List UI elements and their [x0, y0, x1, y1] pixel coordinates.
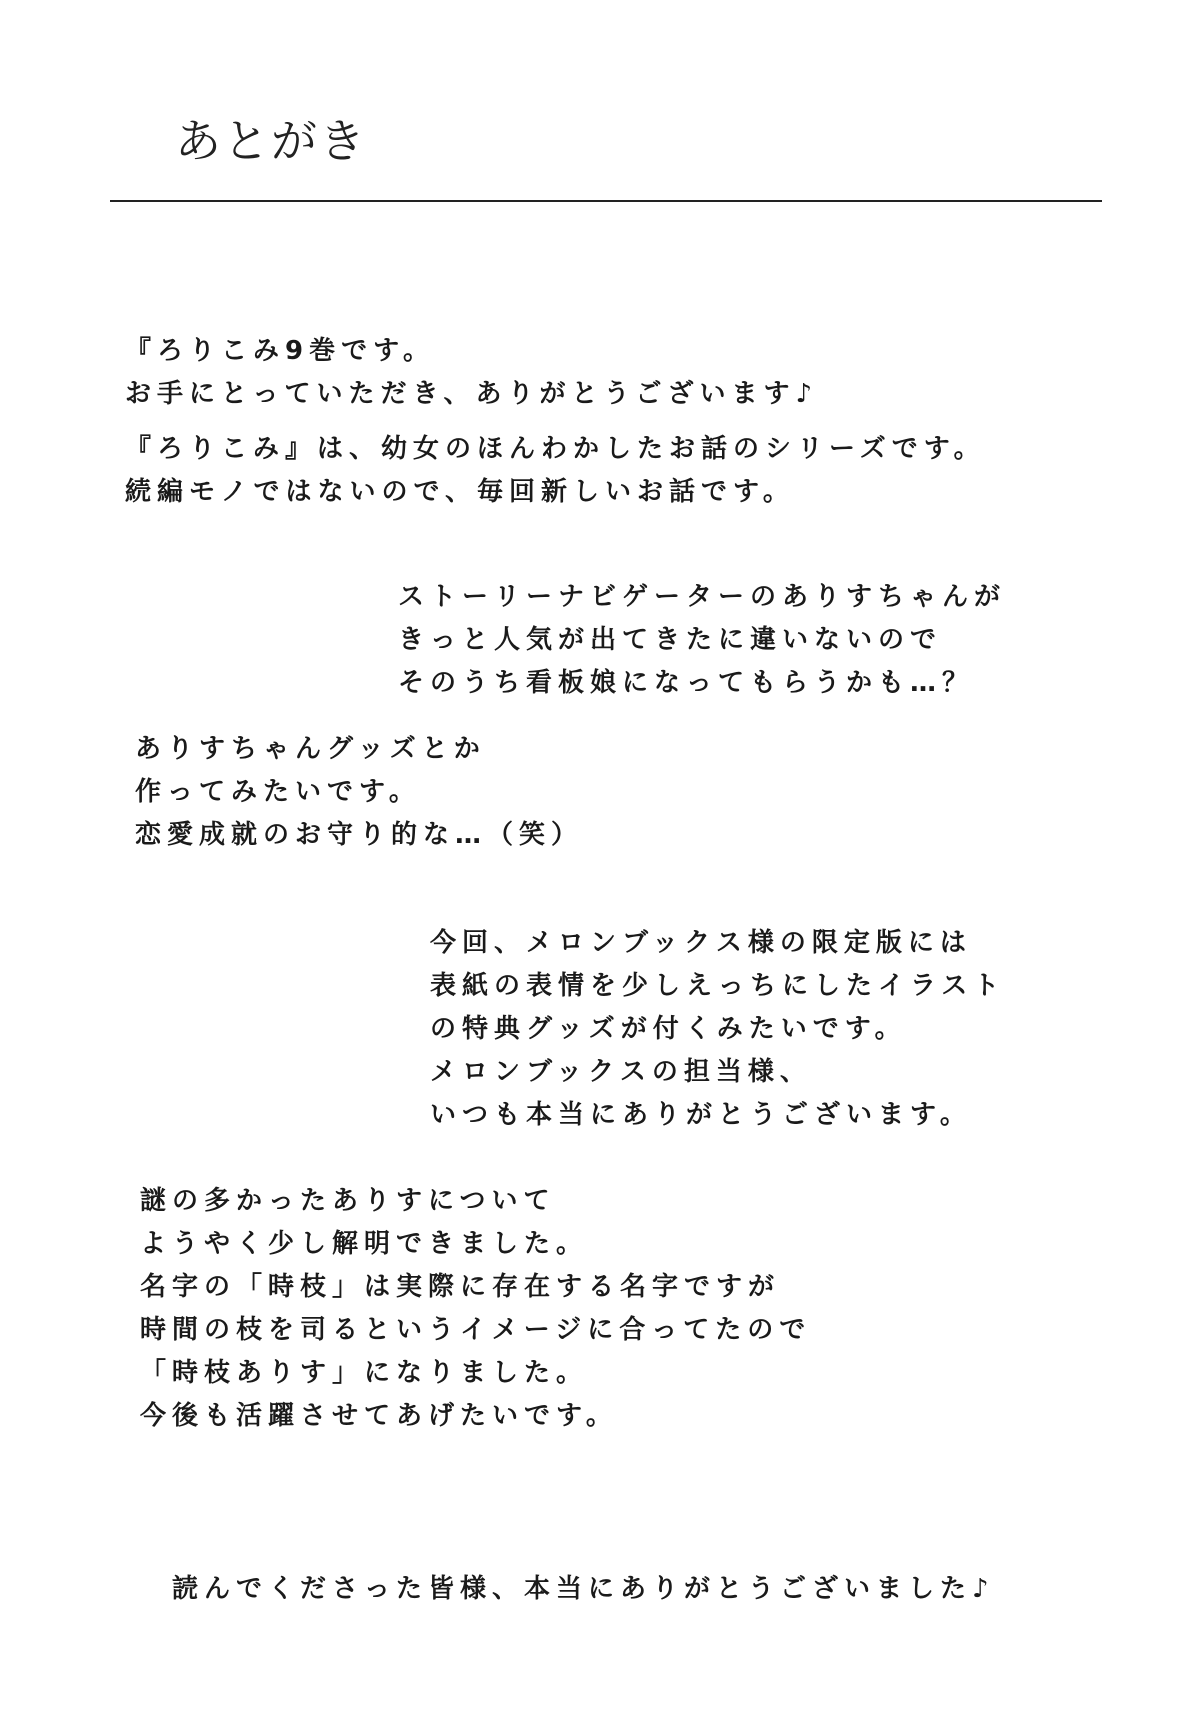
text-line: 表紙の表情を少しえっちにしたイラスト: [430, 965, 1005, 1008]
afterword-page: あとがき 『ろりこみ9巻です。 お手にとっていただき、ありがとうございます♪ 『…: [0, 0, 1200, 1721]
paragraph-thanks: 読んでくださった皆様、本当にありがとうございました♪: [172, 1568, 995, 1611]
text-line: 名字の「時枝」は実際に存在する名字ですが: [140, 1266, 811, 1309]
text-line: 「時枝ありす」になりました。: [140, 1352, 811, 1395]
text-line: そのうち看板娘になってもらうかも…？: [398, 662, 1006, 705]
text-line: ストーリーナビゲーターのありすちゃんが: [398, 576, 1006, 619]
paragraph-alice-name: 謎の多かったありすについて ようやく少し解明できました。 名字の「時枝」は実際に…: [140, 1180, 811, 1438]
text-line: 恋愛成就のお守り的な…（笑）: [135, 814, 583, 857]
paragraph-limited-edition: 今回、メロンブックス様の限定版には 表紙の表情を少しえっちにしたイラスト の特典…: [430, 922, 1005, 1137]
text-line: 今後も活躍させてあげたいです。: [140, 1395, 811, 1438]
paragraph-greeting: 『ろりこみ9巻です。 お手にとっていただき、ありがとうございます♪: [125, 330, 818, 416]
text-line: メロンブックスの担当様、: [430, 1051, 1005, 1094]
text-line: の特典グッズが付くみたいです。: [430, 1008, 1005, 1051]
page-title: あとがき: [175, 118, 367, 164]
text-line: 『ろりこみ』は、幼女のほんわかしたお話のシリーズです。: [125, 428, 986, 471]
text-line: ありすちゃんグッズとか: [135, 728, 583, 771]
text-line: 『ろりこみ9巻です。: [125, 330, 818, 373]
text-line: 時間の枝を司るというイメージに合ってたので: [140, 1309, 811, 1352]
paragraph-navigator: ストーリーナビゲーターのありすちゃんが きっと人気が出てきたに違いないので その…: [398, 576, 1006, 705]
text-line: 続編モノではないので、毎回新しいお話です。: [125, 471, 986, 514]
text-line: 作ってみたいです。: [135, 771, 583, 814]
text-line: いつも本当にありがとうございます。: [430, 1094, 1005, 1137]
text-line: 今回、メロンブックス様の限定版には: [430, 922, 1005, 965]
text-line: 謎の多かったありすについて: [140, 1180, 811, 1223]
text-line: きっと人気が出てきたに違いないので: [398, 619, 1006, 662]
text-line: ようやく少し解明できました。: [140, 1223, 811, 1266]
paragraph-series-description: 『ろりこみ』は、幼女のほんわかしたお話のシリーズです。 続編モノではないので、毎…: [125, 428, 986, 514]
text-line: 読んでくださった皆様、本当にありがとうございました♪: [172, 1568, 995, 1611]
title-divider: [110, 200, 1102, 202]
text-line: お手にとっていただき、ありがとうございます♪: [125, 373, 818, 416]
paragraph-goods: ありすちゃんグッズとか 作ってみたいです。 恋愛成就のお守り的な…（笑）: [135, 728, 583, 857]
